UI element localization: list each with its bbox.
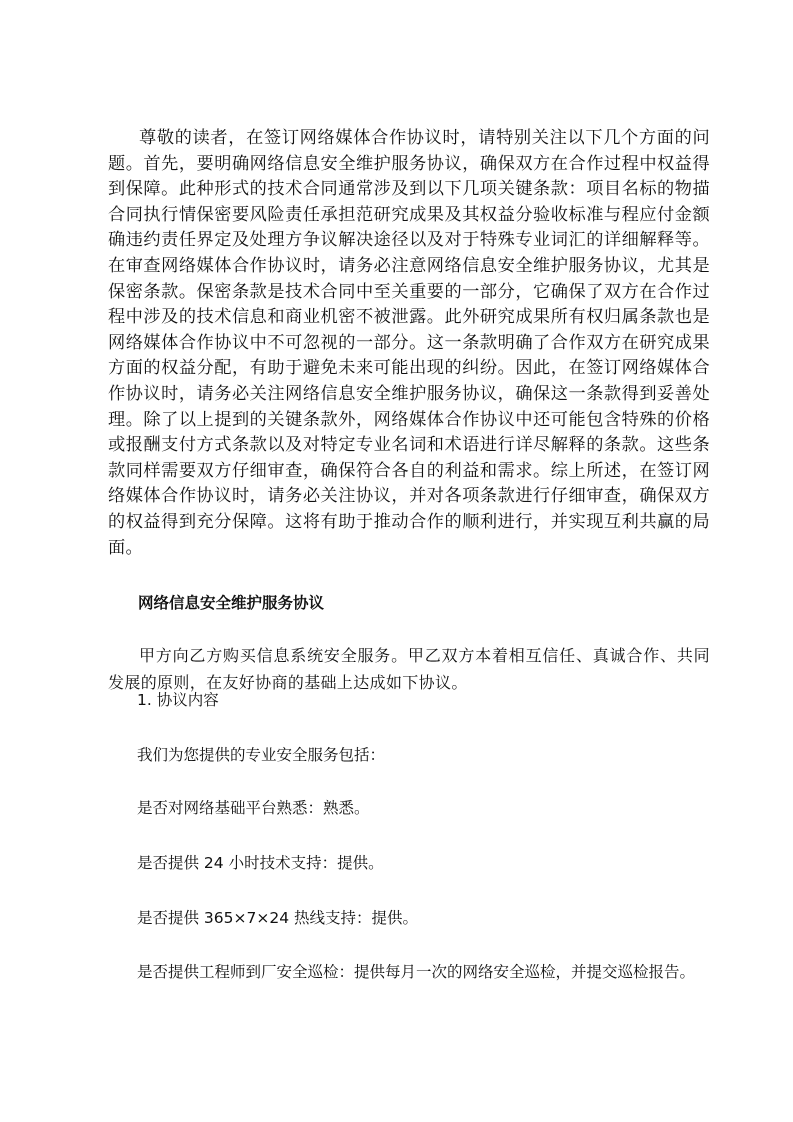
clause-heading: 1. 协议内容 [137, 688, 219, 713]
service-item: 是否提供 24 小时技术支持：提供。 [137, 851, 384, 876]
service-item: 是否提供 365×7×24 热线支持：提供。 [137, 906, 418, 931]
document-body: 尊敬的读者，在签订网络媒体合作协议时，请特别关注以下几个方面的问题。首先，要明确… [108, 126, 710, 696]
intro-paragraph: 尊敬的读者，在签订网络媒体合作协议时，请特别关注以下几个方面的问题。首先，要明确… [108, 126, 710, 561]
section-title: 网络信息安全维护服务协议 [138, 591, 710, 616]
service-item: 是否提供工程师到厂安全巡检：提供每月一次的网络安全巡检，并提交巡检报告。 [137, 960, 695, 985]
services-intro: 我们为您提供的专业安全服务包括： [137, 743, 385, 768]
service-item: 是否对网络基础平台熟悉：熟悉。 [137, 796, 370, 821]
